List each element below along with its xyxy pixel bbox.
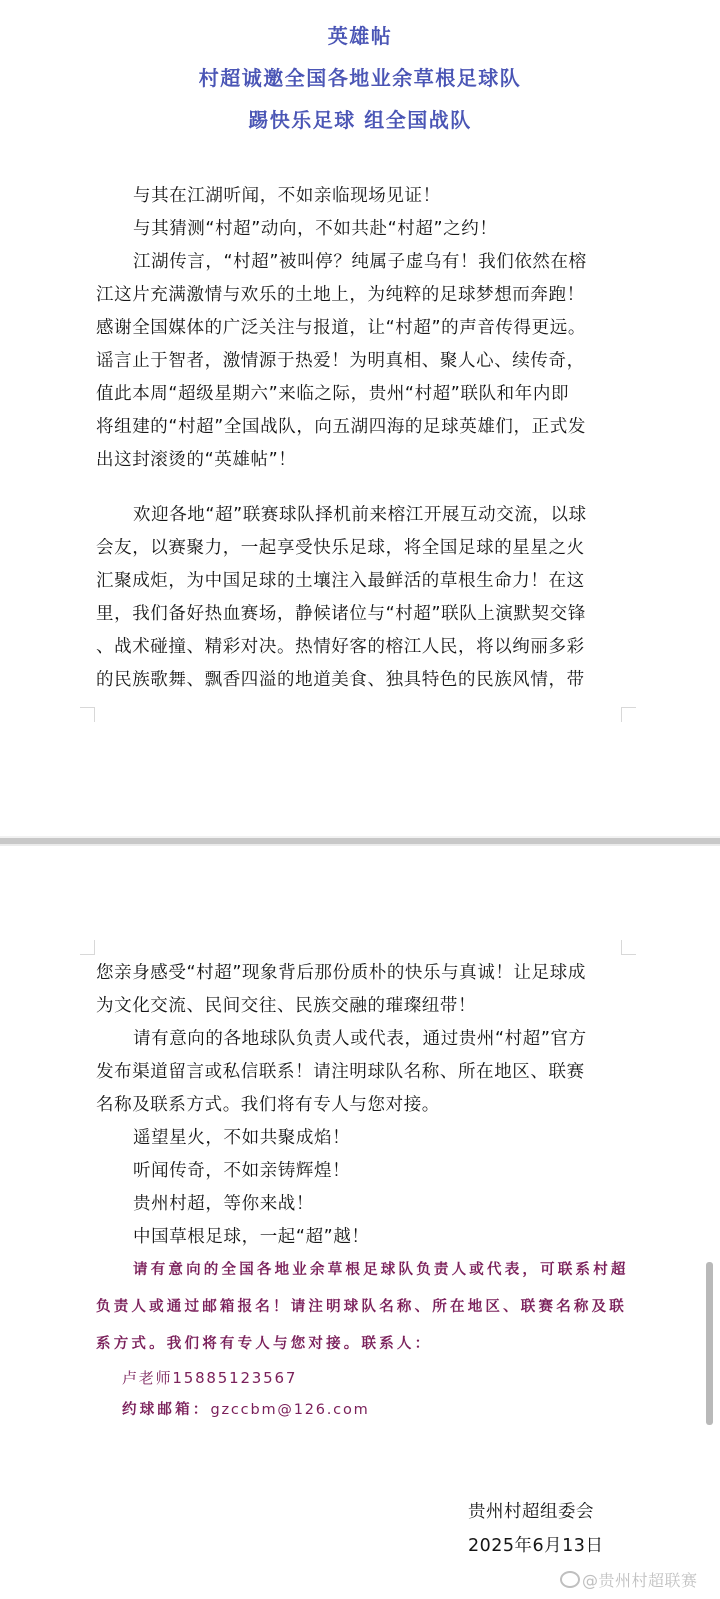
body-line: 与其在江湖听闻，不如亲临现场见证！	[133, 185, 441, 207]
document-page-2	[0, 846, 720, 1599]
contact-email-row: 约球邮箱：gzccbm@126.com	[122, 1400, 370, 1420]
weibo-icon	[560, 1571, 580, 1588]
body-line: 会友，以赛聚力，一起享受快乐足球，将全国足球的星星之火	[96, 537, 585, 559]
body-line: 名称及联系方式。我们将有专人与您对接。	[96, 1094, 440, 1116]
body-line: 遥望星火，不如共聚成焰！	[133, 1127, 350, 1149]
page-margin-mark	[80, 707, 95, 722]
body-line: 与其猜测“村超”动向，不如共赴“村超”之约！	[133, 218, 497, 240]
body-line: 出这封滚烫的“英雄帖”！	[96, 449, 296, 471]
body-line: 、战术碰撞、精彩对决。热情好客的榕江人民，将以绚丽多彩	[96, 636, 585, 658]
watermark: @贵州村超联赛	[560, 1568, 698, 1591]
body-line: 听闻传奇，不如亲铸辉煌！	[133, 1160, 350, 1182]
body-line: 江湖传言，“村超”被叫停？纯属子虚乌有！我们依然在榕	[133, 251, 587, 273]
contact-text: 请有意向的全国各地业余草根足球队负责人或代表，可联系村超	[133, 1260, 629, 1280]
vertical-scrollbar[interactable]	[706, 1262, 713, 1425]
body-line: 您亲身感受“村超”现象背后那份质朴的快乐与真诚！让足球成	[96, 962, 586, 984]
page-margin-mark	[621, 940, 636, 955]
body-line: 贵州村超，等你来战！	[133, 1193, 314, 1215]
body-line: 汇聚成炬，为中国足球的土壤注入最鲜活的草根生命力！在这	[96, 570, 585, 592]
body-line: 里，我们备好热血赛场，静候诸位与“村超”联队上演默契交锋	[96, 603, 586, 625]
page-margin-mark	[621, 707, 636, 722]
signature-org: 贵州村超组委会	[468, 1501, 594, 1523]
document-subtitle-2: 踢快乐足球 组全国战队	[0, 108, 720, 132]
email-label: 约球邮箱：	[122, 1402, 211, 1418]
body-line: 感谢全国媒体的广泛关注与报道，让“村超”的声音传得更远。	[96, 317, 586, 339]
body-line: 的民族歌舞、飘香四溢的地道美食、独具特色的民族风情，带	[96, 669, 585, 691]
body-line: 值此本周“超级星期六”来临之际，贵州“村超”联队和年内即	[96, 383, 569, 405]
watermark-text: @贵州村超联赛	[582, 1571, 698, 1590]
body-line: 欢迎各地“超”联赛球队择机前来榕江开展互动交流，以球	[133, 504, 587, 526]
document-subtitle-1: 村超诚邀全国各地业余草根足球队	[0, 66, 720, 90]
body-line: 将组建的“村超”全国战队，向五湖四海的足球英雄们，正式发	[96, 416, 586, 438]
page-separator	[0, 836, 720, 846]
body-line: 谣言止于智者，激情源于热爱！为明真相、聚人心、续传奇，	[96, 350, 585, 372]
body-line: 中国草根足球，一起“超”越！	[133, 1226, 370, 1248]
body-line: 请有意向的各地球队负责人或代表，通过贵州“村超”官方	[133, 1028, 587, 1050]
body-line: 发布渠道留言或私信联系！请注明球队名称、所在地区、联赛	[96, 1061, 585, 1083]
body-line: 为文化交流、民间交往、民族交融的璀璨纽带！	[96, 995, 476, 1017]
body-line: 江这片充满激情与欢乐的土地上，为纯粹的足球梦想而奔跑！	[96, 284, 585, 306]
contact-person: 卢老师15885123567	[122, 1368, 297, 1388]
contact-text: 负责人或通过邮箱报名！请注明球队名称、所在地区、联赛名称及联	[96, 1297, 627, 1317]
contact-text: 系方式。我们将有专人与您对接。联系人：	[96, 1334, 432, 1354]
email-address[interactable]: gzccbm@126.com	[211, 1402, 370, 1418]
signature-date: 2025年6月13日	[468, 1535, 603, 1557]
document-title: 英雄帖	[0, 24, 720, 48]
page-margin-mark	[80, 940, 95, 955]
